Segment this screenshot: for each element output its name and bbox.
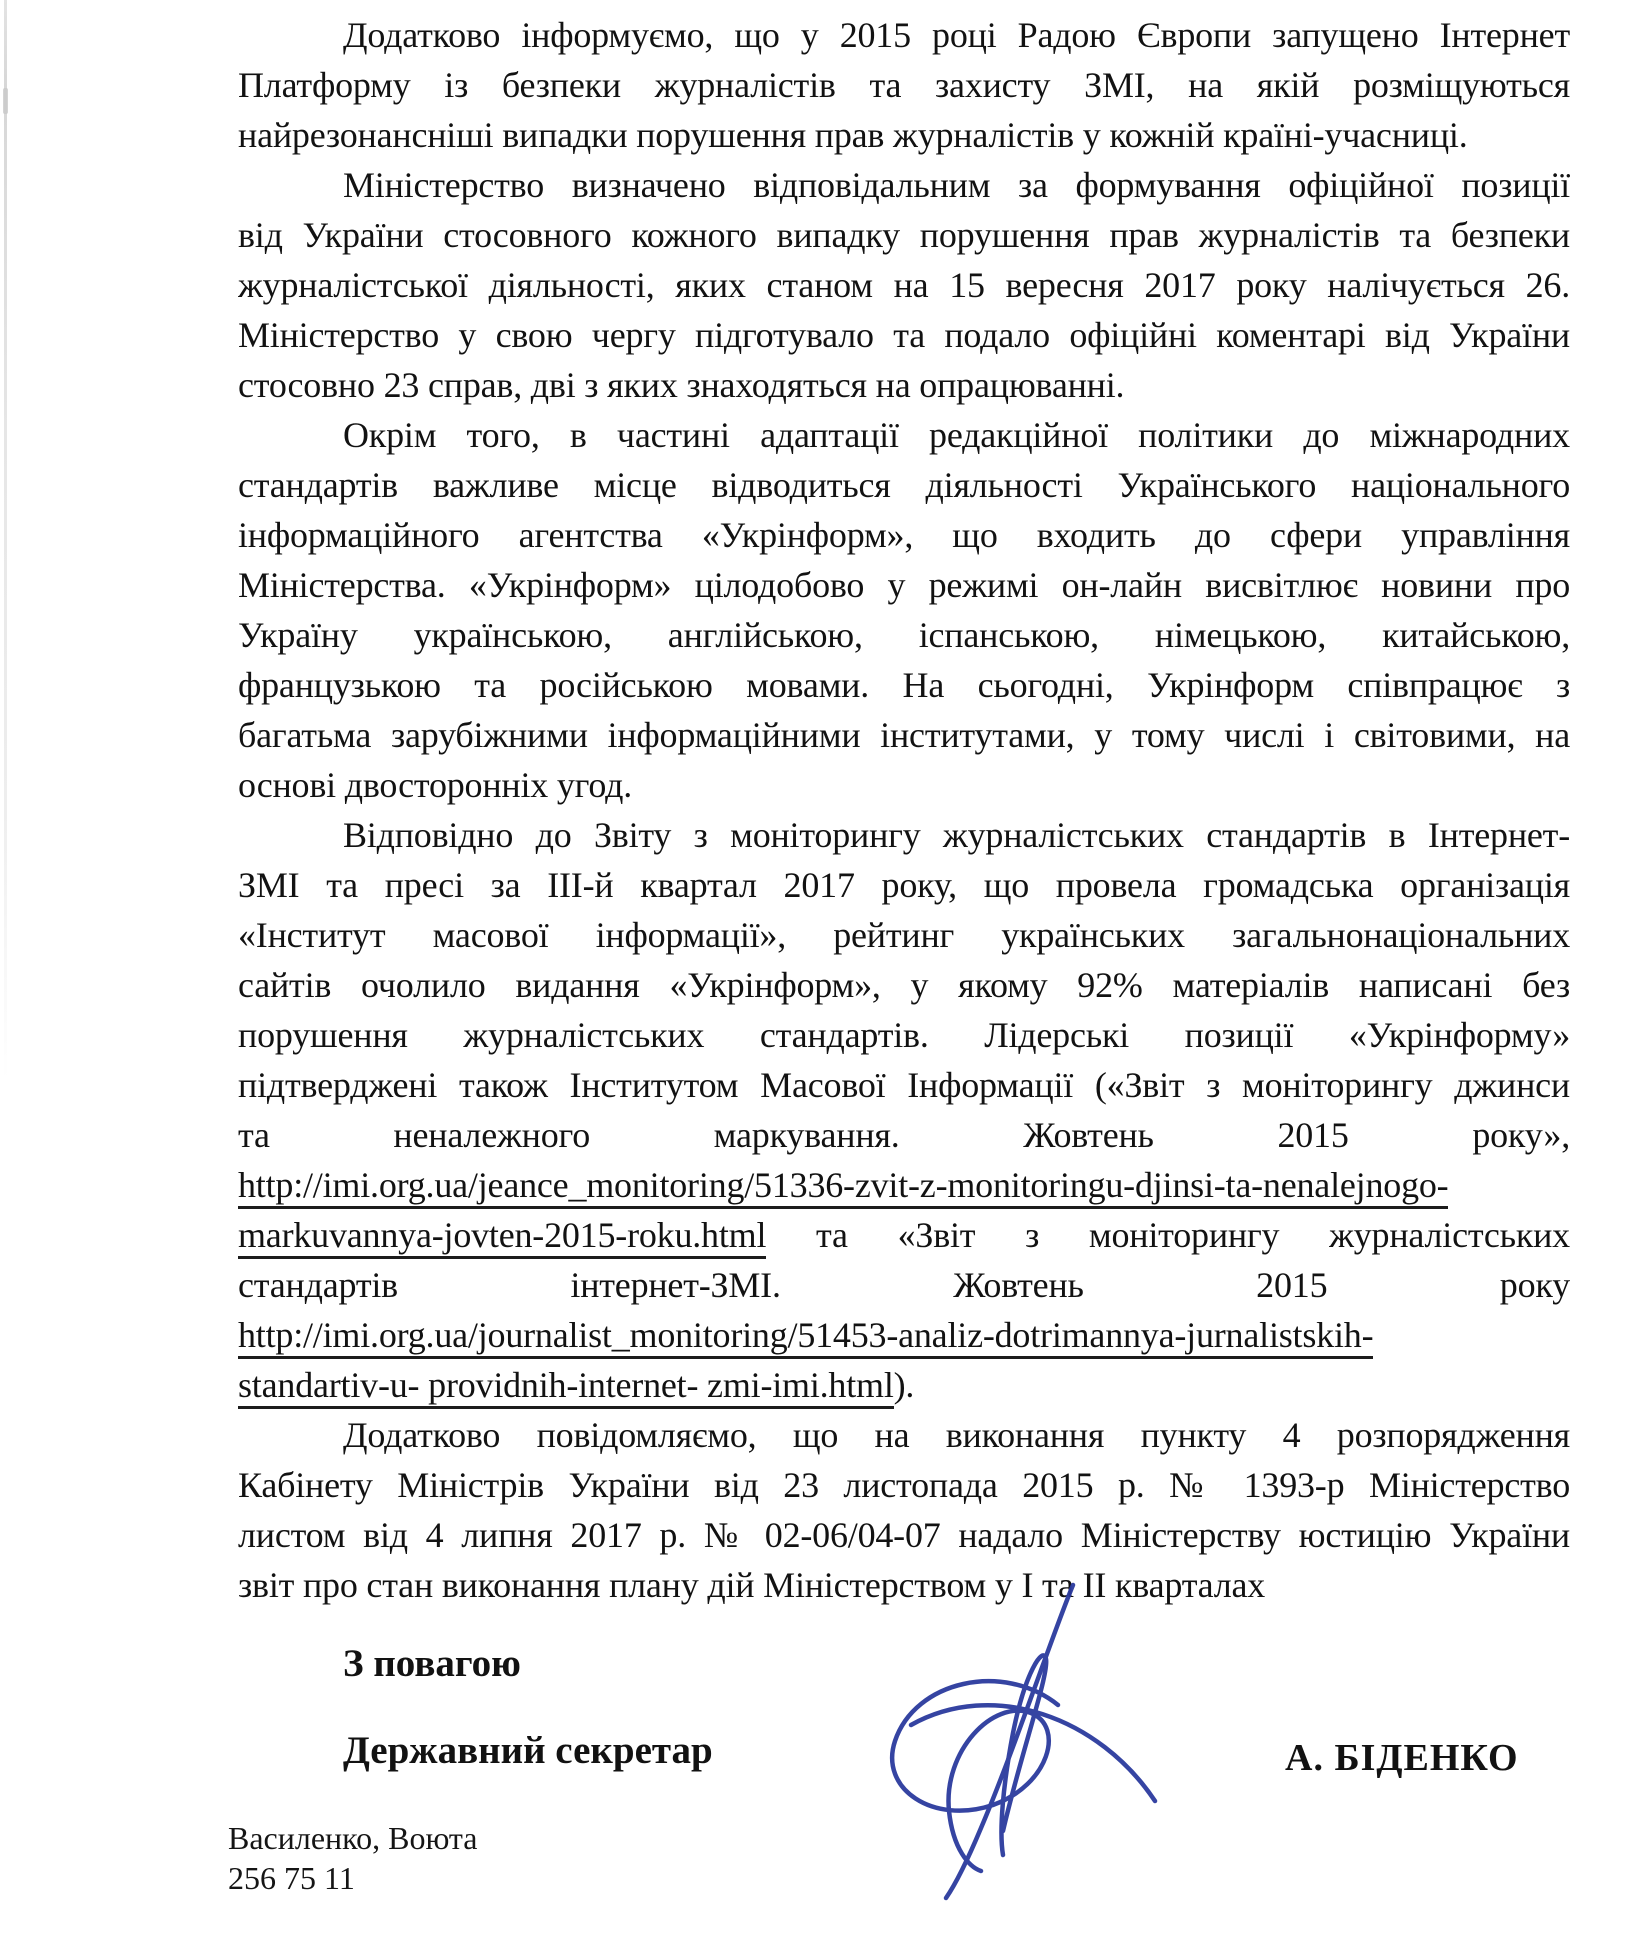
hyperlink-text: markuvannya-jovten-2015-roku.html [238,1215,766,1259]
text-line: стосовно 23 справ, дві з яких знаходятьс… [238,360,1570,410]
text-line: markuvannya-jovten-2015-roku.html та «Зв… [238,1210,1570,1260]
text-line: Міністерство у свою чергу підготувало та… [238,310,1570,360]
text-line: Окрім того, в частині адаптації редакцій… [238,410,1570,460]
text-line: Кабінету Міністрів України від 23 листоп… [238,1460,1570,1510]
text-line: Україну українською, англійською, іспанс… [238,610,1570,660]
text-line: http://imi.org.ua/journalist_monitoring/… [238,1310,1570,1360]
signer-name: А. БІДЕНКО [1285,1736,1519,1780]
hyperlink-text: http://imi.org.ua/journalist_monitoring/… [238,1315,1373,1359]
text-line: standartiv-u- providnih-internet- zmi-im… [238,1360,1570,1410]
text-line: Відповідно до Звіту з моніторингу журнал… [238,810,1570,860]
text-line: сайтів очолило видання «Укрінформ», у як… [238,960,1570,1010]
signer-title: Державний секретар [343,1728,713,1773]
hyperlink-text: http://imi.org.ua/jeance_monitoring/5133… [238,1165,1448,1209]
document-body: Додатково інформуємо, що у 2015 році Рад… [238,10,1570,1610]
text-line: «Інститут масової інформації», рейтинг у… [238,910,1570,960]
text-line: та неналежного маркування. Жовтень 2015 … [238,1110,1570,1160]
hyperlink-text: standartiv-u- providnih-internet- zmi-im… [238,1365,894,1409]
text-line: ЗМІ та пресі за III-й квартал 2017 року,… [238,860,1570,910]
text-line: підтверджені також Інститутом Масової Ін… [238,1060,1570,1110]
text-line: http://imi.org.ua/jeance_monitoring/5133… [238,1160,1570,1210]
text-line: стандартів інтернет-ЗМІ. Жовтень 2015 ро… [238,1260,1570,1310]
text-line: листом від 4 липня 2017 р. № 02-06/04-07… [238,1510,1570,1560]
text-line: порушення журналістських стандартів. Лід… [238,1010,1570,1060]
text-line: інформаційного агентства «Укрінформ», що… [238,510,1570,560]
text-line: стандартів важливе місце відводиться дія… [238,460,1570,510]
text-line: Додатково повідомляємо, що на виконання … [238,1410,1570,1460]
text-line: основі двосторонніх угод. [238,760,1570,810]
scan-edge-notch [3,88,8,114]
scan-edge-artifact [4,0,7,1080]
text-line: найрезонансніші випадки порушення прав ж… [238,110,1570,160]
executor-block: Василенко, Воюта 256 75 11 [228,1818,478,1898]
text-line: Додатково інформуємо, що у 2015 році Рад… [238,10,1570,60]
executor-phone: 256 75 11 [228,1858,478,1898]
text-line: Платформу із безпеки журналістів та захи… [238,60,1570,110]
scanned-letter-page: { "page": { "background": "#ffffff", "sc… [0,0,1635,1946]
text-line: французькою та російською мовами. На сьо… [238,660,1570,710]
closing-salutation: З повагою [343,1641,521,1686]
signature-scribble-icon [853,1563,1188,1923]
text-line: Міністерство визначено відповідальним за… [238,160,1570,210]
text-line: журналістської діяльності, яких станом н… [238,260,1570,310]
text-line: від України стосовного кожного випадку п… [238,210,1570,260]
text-line: Міністерства. «Укрінформ» цілодобово у р… [238,560,1570,610]
text-line: багатьма зарубіжними інформаційними інст… [238,710,1570,760]
executor-names: Василенко, Воюта [228,1818,478,1858]
